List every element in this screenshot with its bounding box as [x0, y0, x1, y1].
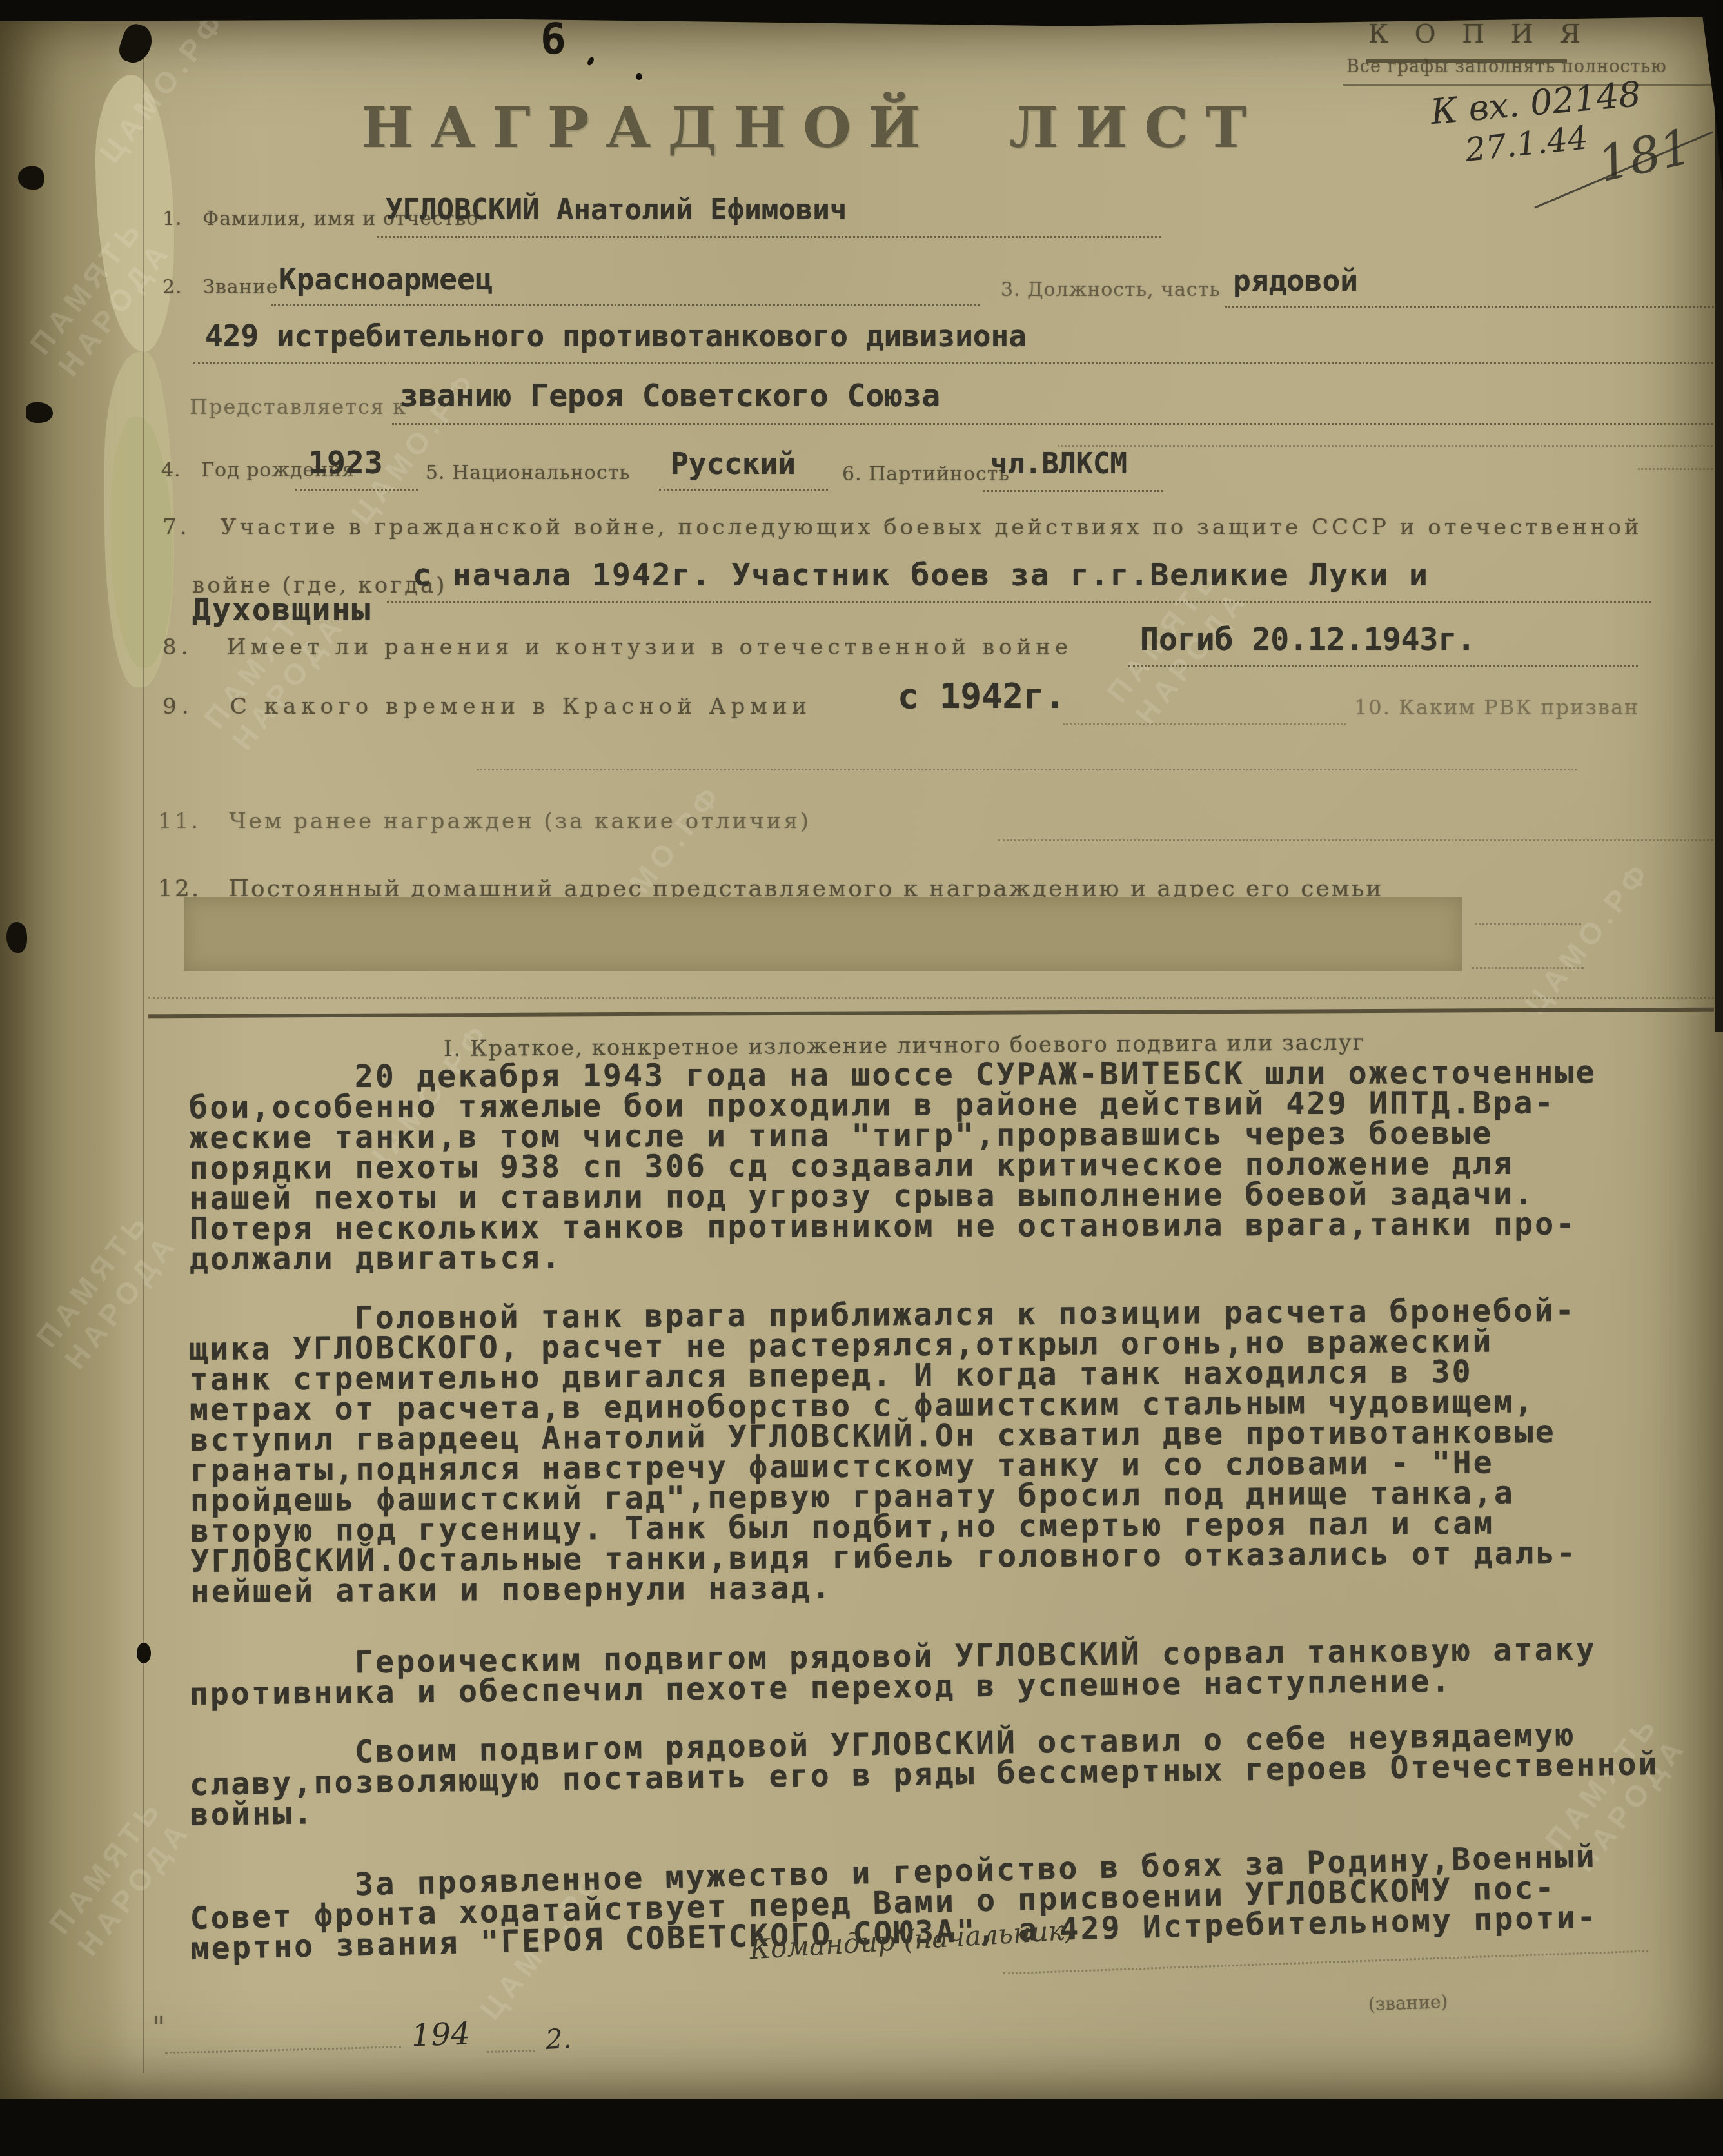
page-number: 6: [540, 14, 566, 64]
field9-label: 9. С какого времени в Красной Армии: [162, 694, 812, 720]
field7-value-line2: Духовщины: [192, 592, 371, 628]
award-sheet-scan: ЦАМО.РФ ПАМЯТЬ НАРОДА ПАМЯТЬ НАРОДА ЦАМО…: [0, 0, 1723, 2156]
date-line: [165, 2046, 401, 2054]
ink-blob: [6, 922, 27, 953]
dotted-line: [387, 601, 1651, 603]
field1-value: УГЛОВСКИЙ Анатолий Ефимович: [386, 193, 847, 226]
field7-value-line1: с начала 1942г. Участник боев за г.г.Вел…: [413, 557, 1429, 593]
dotted-line: [1058, 445, 1713, 447]
field10-label: 10. Каким РВК призван: [1354, 695, 1639, 720]
signature-line: [1003, 1950, 1648, 1975]
field6-value: чл.ВЛКСМ: [990, 447, 1127, 480]
field5-value: Русский: [671, 446, 796, 481]
paper-sheet: ЦАМО.РФ ПАМЯТЬ НАРОДА ПАМЯТЬ НАРОДА ЦАМО…: [0, 17, 1723, 2099]
dotted-line: [193, 362, 1713, 364]
dotted-line: [659, 489, 828, 491]
represented-for-label: Представляется к: [190, 395, 407, 419]
crease-line: [143, 43, 144, 2073]
field2-label: 2. Звание: [162, 276, 278, 299]
field3-value: рядовой: [1233, 263, 1358, 298]
field5-label: 5. Национальность: [426, 462, 631, 484]
dotted-line: [1225, 306, 1714, 308]
field8-label: 8. Имеет ли ранения и контузии в отечест…: [162, 634, 1072, 660]
field2-value: Красноармеец: [279, 262, 493, 297]
date-quote-mark: ": [152, 2012, 165, 2044]
copy-label: К О П И Я: [1368, 19, 1590, 49]
field3-label: 3. Должность, часть: [1001, 279, 1221, 301]
dotted-line: [1638, 468, 1713, 470]
body-paragraph-4: Своим подвигом рядовой УГЛОВСКИЙ оставил…: [189, 1719, 1660, 1830]
divider-rule: [148, 1008, 1714, 1019]
ink-blob: [137, 1643, 151, 1663]
field3-unit-value: 429 истребительного противотанкового див…: [205, 318, 1027, 353]
fill-instruction: Все графы заполнять полностью: [1346, 57, 1667, 77]
corner-mark-handwriting: 181: [1593, 117, 1696, 193]
scan-edge-right: [1715, 0, 1723, 1032]
body-paragraph-3: Героическим подвигом рядовой УГЛОВСКИЙ с…: [189, 1634, 1597, 1710]
body-paragraph-2: Головной танк врага приближался к позици…: [189, 1296, 1577, 1607]
field8-value: Погиб 20.12.1943г.: [1140, 622, 1475, 658]
dotted-line: [1063, 723, 1346, 725]
body-paragraph-1: 20 декабря 1943 года на шоссе СУРАЖ-ВИТЕ…: [189, 1057, 1597, 1275]
ink-blob: [18, 166, 44, 190]
field6-label: 6. Партийность: [842, 463, 1010, 485]
dotted-line: [295, 489, 418, 491]
rank-caption: (звание): [1368, 1991, 1448, 2015]
dotted-line: [377, 236, 1161, 238]
document-title: НАГРАДНОЙ ЛИСТ: [361, 95, 1263, 161]
date-line: [487, 2050, 535, 2053]
ink-blob: [26, 402, 53, 423]
field4-value: 1923: [308, 445, 383, 481]
dotted-line: [271, 304, 980, 306]
dotted-line: [392, 423, 1713, 425]
represented-for-value: званию Героя Советского Союза: [400, 378, 940, 414]
field11-label: 11. Чем ранее награжден (за какие отличи…: [158, 808, 811, 834]
dotted-line: [1475, 923, 1581, 925]
field7-label-line1: 7. Участие в гражданской войне, последую…: [162, 514, 1642, 540]
dotted-line: [1472, 967, 1584, 969]
redaction-box: [184, 897, 1462, 971]
dotted-line: [998, 839, 1713, 841]
watermark-tsamo: ЦАМО.РФ: [1517, 854, 1659, 1021]
divider-dotted: [148, 997, 1714, 999]
field9-value: с 1942г.: [898, 676, 1065, 716]
dotted-line: [983, 490, 1163, 492]
ink-speck: [636, 73, 642, 80]
ink-speck: [586, 56, 595, 66]
dotted-line: [477, 769, 1577, 770]
dotted-line: [1128, 665, 1638, 667]
date-year-suffix: 2.: [545, 2023, 573, 2055]
date-year-printed: 194: [411, 2015, 471, 2053]
